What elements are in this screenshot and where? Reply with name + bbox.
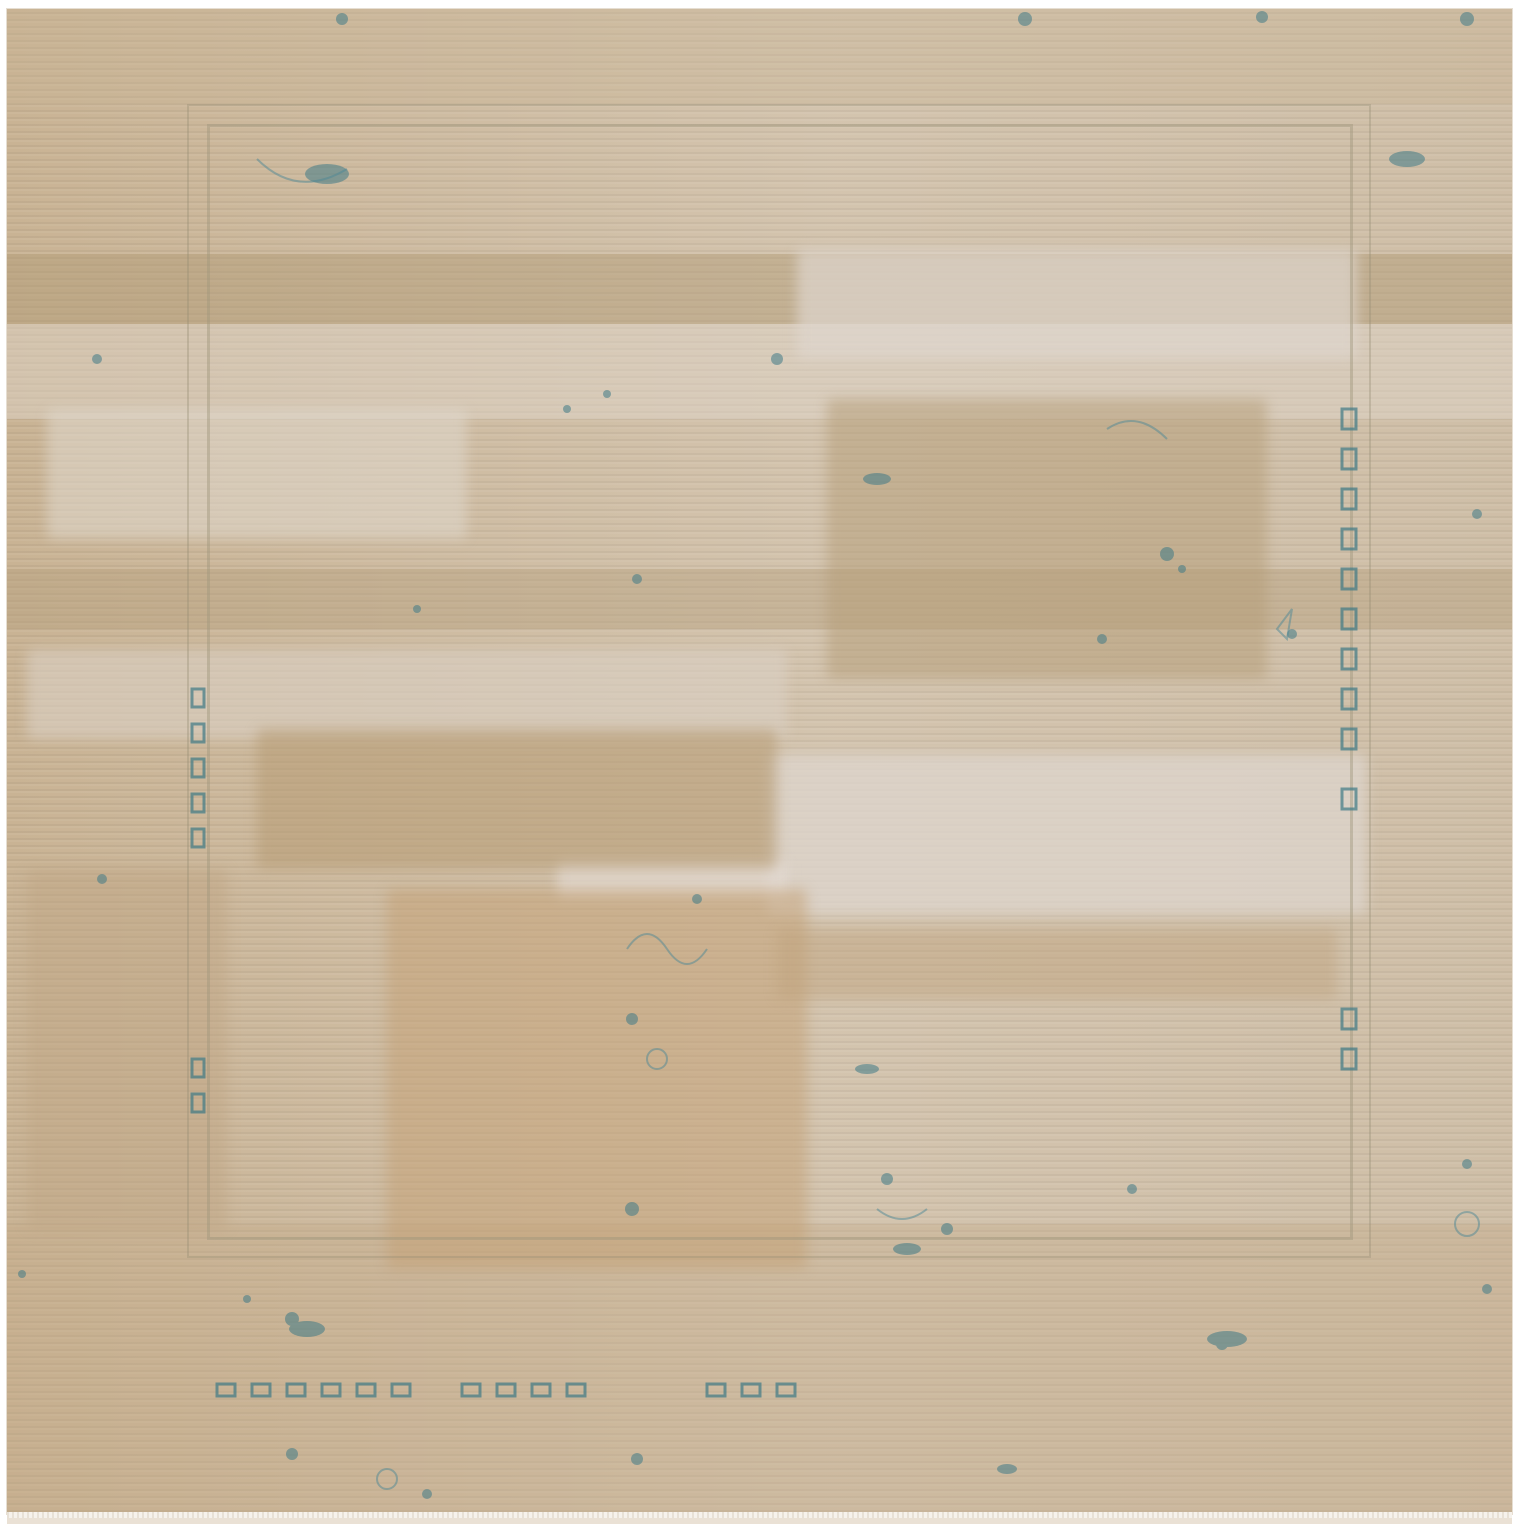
rug [7,9,1512,1514]
right-border-pattern [1342,409,1356,1069]
rug-photo [0,0,1528,1528]
bottom-border-pattern [217,1384,795,1396]
floral-motifs [7,9,1512,1514]
left-border-pattern [192,689,204,1112]
rug-fringe [7,1512,1512,1518]
